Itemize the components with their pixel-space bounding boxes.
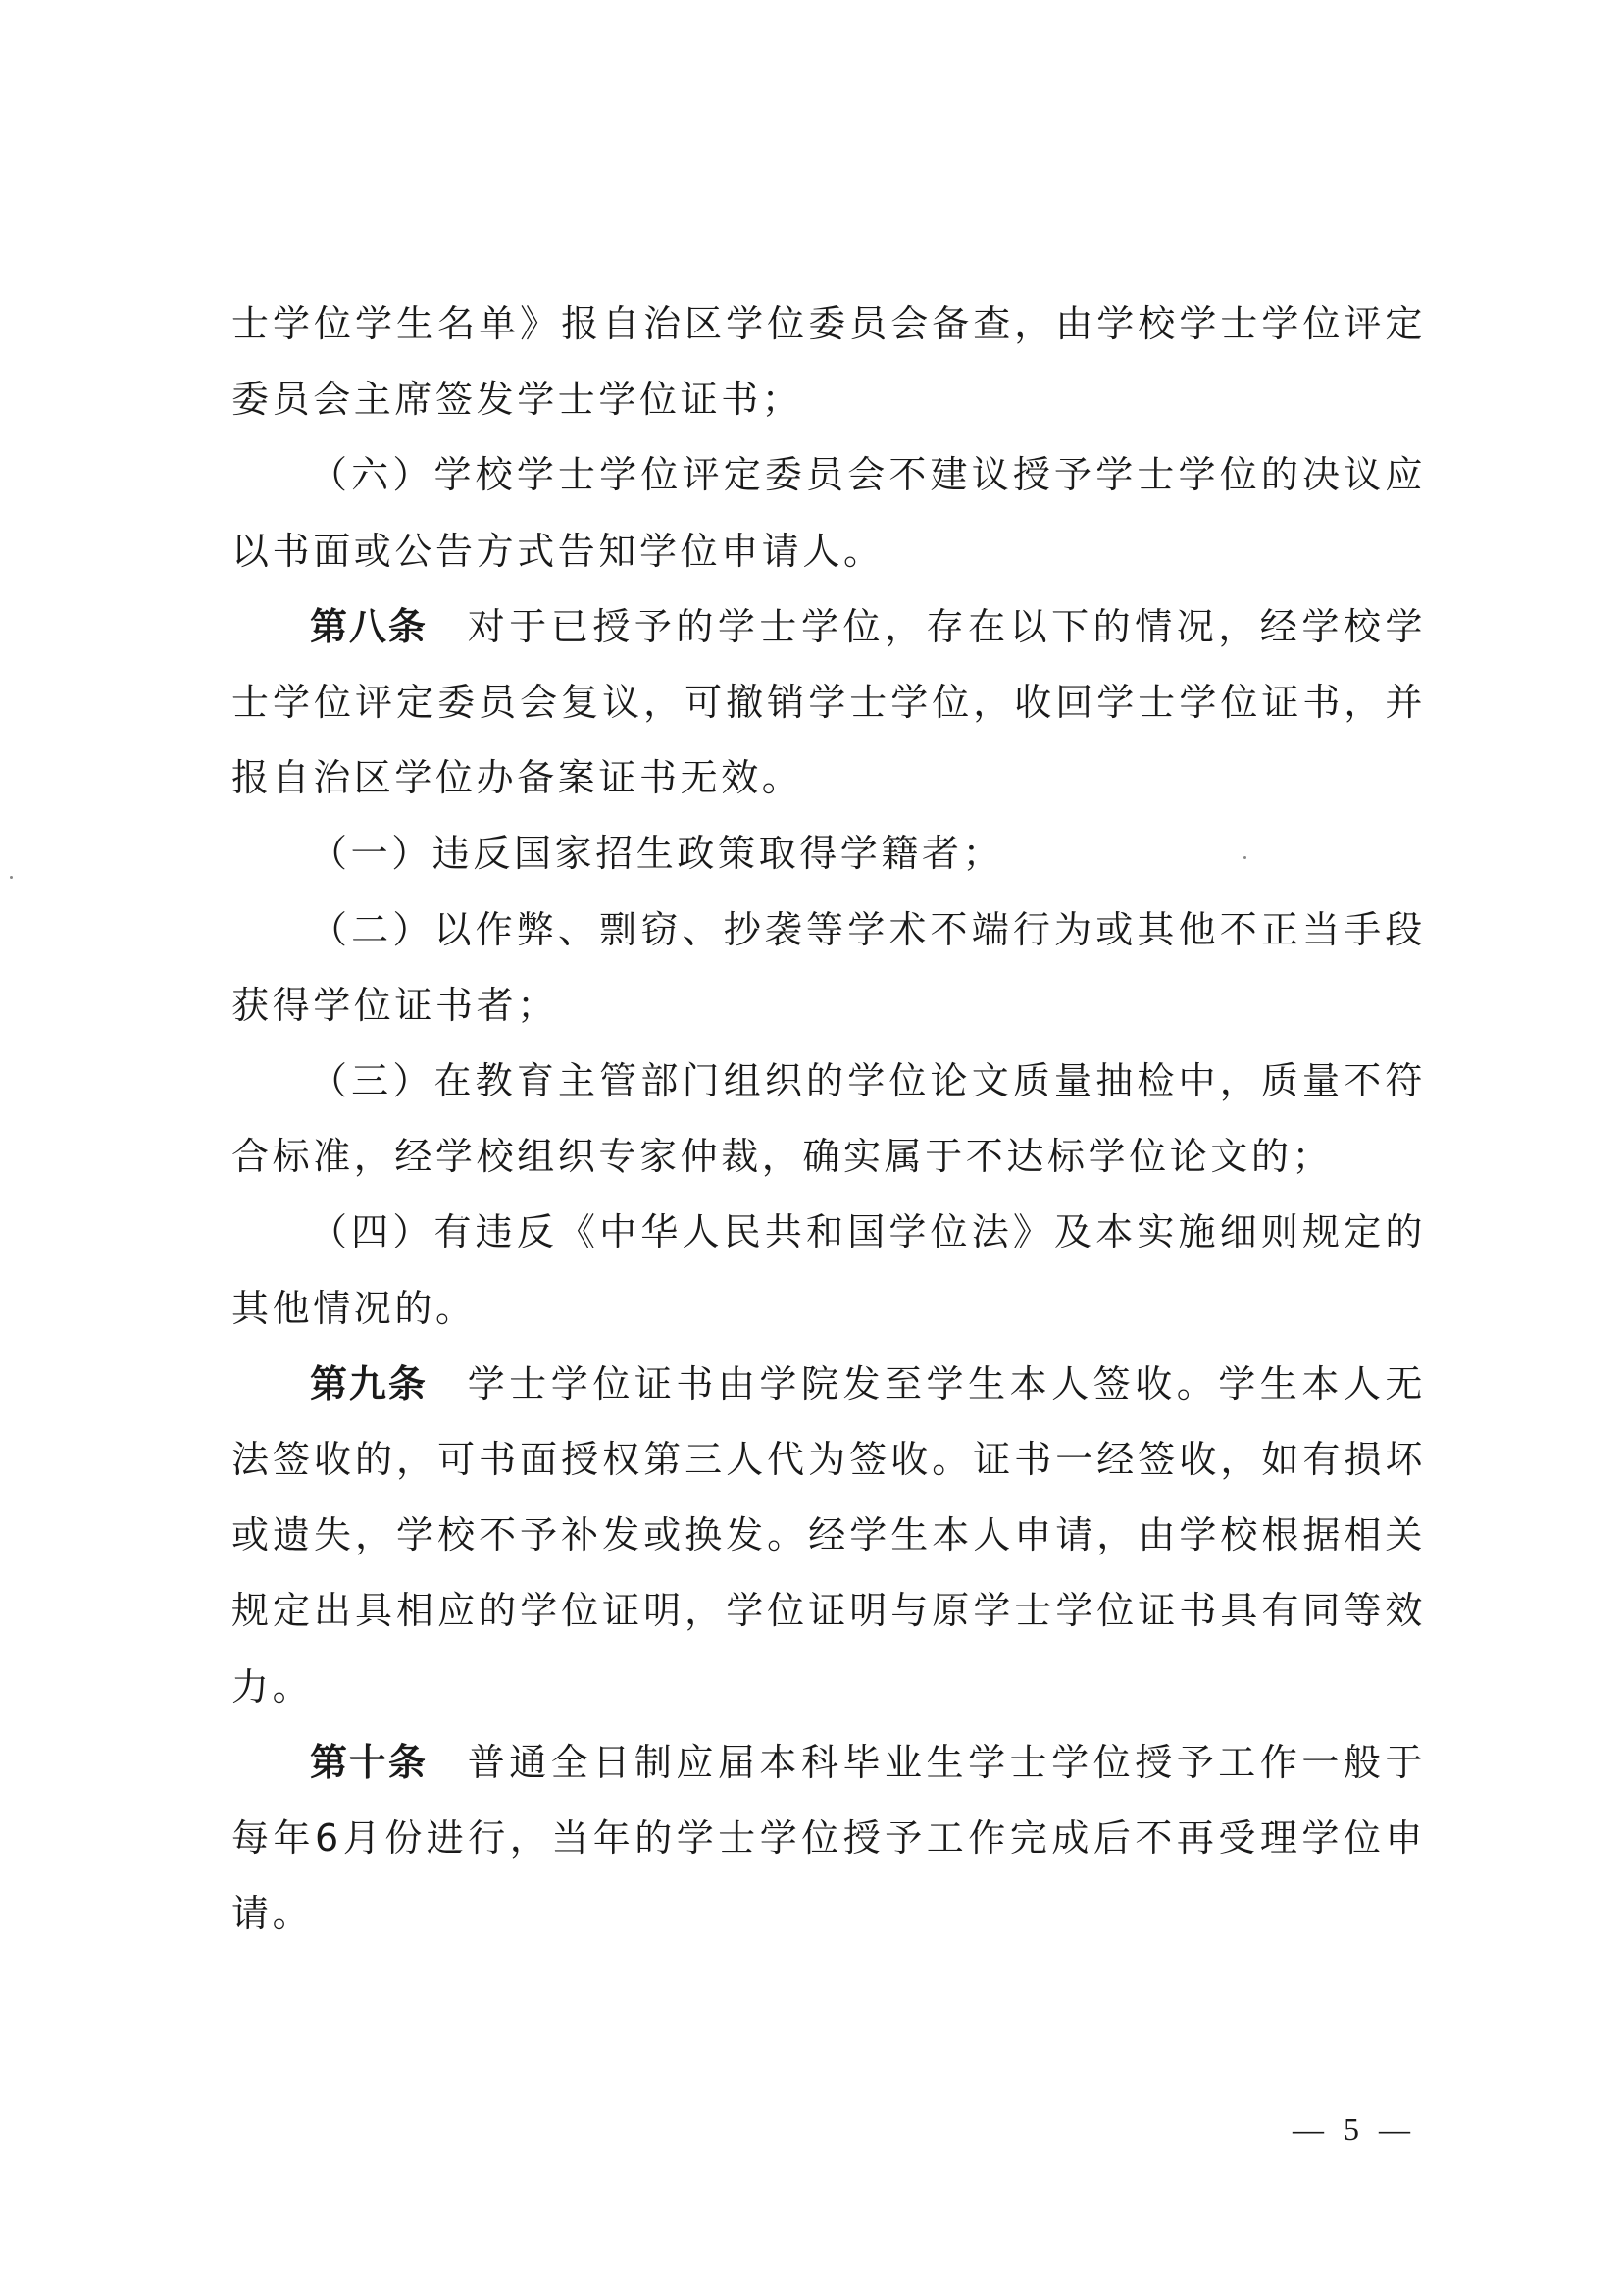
paragraph-item-6: （六）学校学士学位评定委员会不建议授予学士学位的决议应以书面或公告方式告知学位申… xyxy=(231,437,1426,588)
page-number: — 5 — xyxy=(1293,2112,1416,2148)
article-8: 第八条对于已授予的学士学位，存在以下的情况，经学校学士学位评定委员会复议，可撤销… xyxy=(231,589,1426,817)
scan-speck xyxy=(461,1216,463,1218)
article-9-heading: 第九条 xyxy=(310,1362,428,1405)
document-page: 士学位学生名单》报自治区学位委员会备查，由学校学士学位评定委员会主席签发学士学位… xyxy=(0,0,1624,2293)
article-10-heading: 第十条 xyxy=(310,1741,428,1784)
article-9: 第九条学士学位证书由学院发至学生本人签收。学生本人无法签收的，可书面授权第三人代… xyxy=(231,1347,1426,1725)
paragraph-item-4: （四）有违反《中华人民共和国学位法》及本实施细则规定的其他情况的。 xyxy=(231,1195,1426,1346)
scan-speck xyxy=(1243,856,1246,859)
paragraph-item-3: （三）在教育主管部门组织的学位论文质量抽检中，质量不符合标准，经学校组织专家仲裁… xyxy=(231,1044,1426,1195)
paragraph-item-1: （一）违反国家招生政策取得学籍者； xyxy=(231,816,1426,892)
paragraph-item-2: （二）以作弊、剽窃、抄袭等学术不端行为或其他不正当手段获得学位证书者； xyxy=(231,892,1426,1044)
article-10: 第十条普通全日制应届本科毕业生学士学位授予工作一般于每年6月份进行，当年的学士学… xyxy=(231,1725,1426,1953)
article-8-heading: 第八条 xyxy=(310,605,428,648)
document-body: 士学位学生名单》报自治区学位委员会备查，由学校学士学位评定委员会主席签发学士学位… xyxy=(231,286,1426,1952)
paragraph-continuation: 士学位学生名单》报自治区学位委员会备查，由学校学士学位评定委员会主席签发学士学位… xyxy=(231,286,1426,437)
article-9-text: 学士学位证书由学院发至学生本人签收。学生本人无法签收的，可书面授权第三人代为签收… xyxy=(231,1362,1426,1708)
scan-speck xyxy=(10,876,13,879)
